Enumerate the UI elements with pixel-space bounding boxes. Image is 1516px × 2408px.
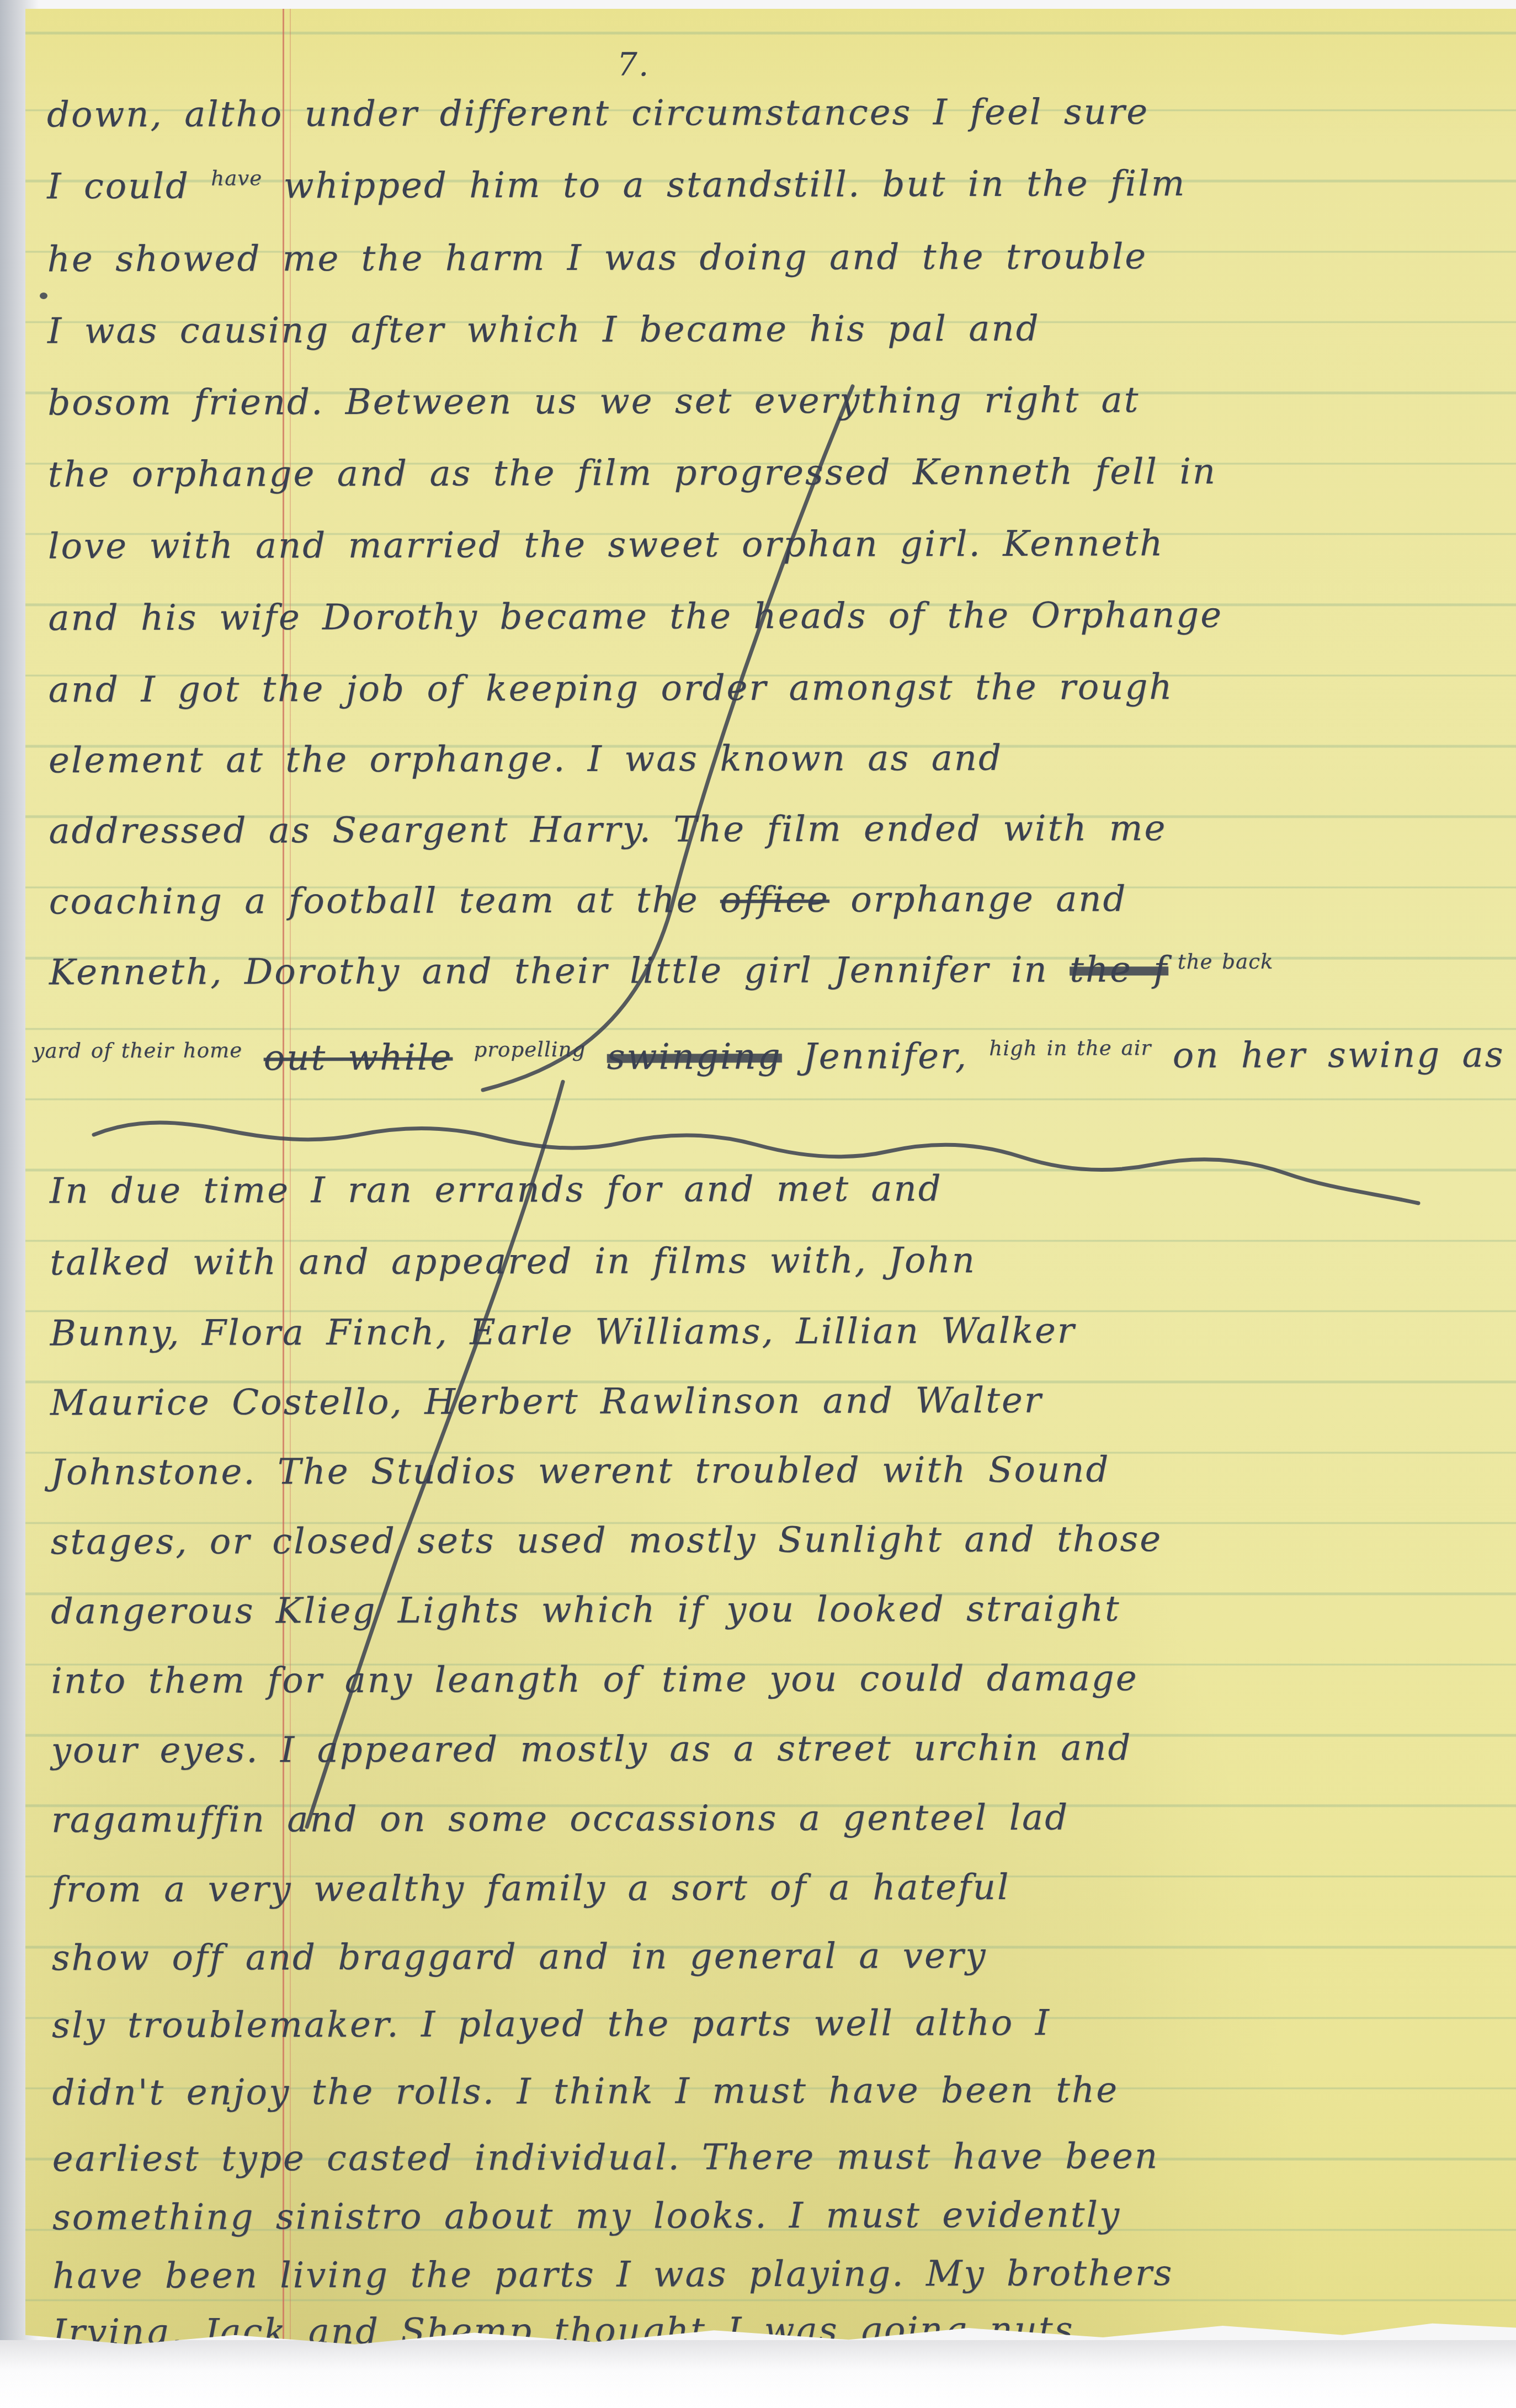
manuscript-line: yard of their home out while propelling … bbox=[33, 1035, 1516, 1078]
text-segment: down, altho under different circumstance… bbox=[47, 92, 1149, 135]
inserted-word: high in the air bbox=[989, 1036, 1151, 1060]
text-segment: dangerous Klieg Lights which if you look… bbox=[51, 1588, 1121, 1632]
manuscript-line: bosom friend. Between us we set everythi… bbox=[47, 381, 1140, 423]
manuscript-line: and I got the job of keeping order among… bbox=[49, 668, 1174, 710]
manuscript-line: element at the orphange. I was known as … bbox=[49, 739, 1003, 780]
text-segment: Johnstone. The Studios werent troubled w… bbox=[50, 1449, 1110, 1493]
manuscript-line: I was causing after which I became his p… bbox=[47, 310, 1040, 351]
manuscript-line: coaching a football team at the office o… bbox=[49, 880, 1127, 922]
inserted-word: yard of their home bbox=[33, 1039, 242, 1063]
text-segment: ragamuffin and on some occassions a gent… bbox=[51, 1798, 1069, 1841]
text-segment: Bunny, Flora Finch, Earle Williams, Lill… bbox=[50, 1311, 1076, 1354]
text-segment: Maurice Costello, Herbert Rawlinson and … bbox=[50, 1380, 1043, 1424]
text-segment: on her swing as we fade Out bbox=[1151, 1034, 1516, 1076]
text-segment: element at the orphange. I was known as … bbox=[49, 738, 1003, 782]
manuscript-line: Maurice Costello, Herbert Rawlinson and … bbox=[50, 1381, 1042, 1423]
manuscript-line: Bunny, Flora Finch, Earle Williams, Lill… bbox=[50, 1312, 1076, 1353]
manuscript-line: show off and braggard and in general a v… bbox=[52, 1937, 987, 1978]
manuscript-line: Johnstone. The Studios werent troubled w… bbox=[50, 1450, 1110, 1492]
paper-sheet: 7. down, altho under different circumsta… bbox=[25, 9, 1516, 2347]
manuscript-line: have been living the parts I was playing… bbox=[52, 2254, 1173, 2296]
text-segment: bosom friend. Between us we set everythi… bbox=[47, 380, 1140, 423]
crossed-out-word: the f bbox=[1070, 949, 1168, 990]
manuscript-line: he showed me the harm I was doing and th… bbox=[47, 237, 1148, 279]
manuscript-line: In due time I ran errands for and met an… bbox=[50, 1170, 943, 1211]
text-segment: show off and braggard and in general a v… bbox=[52, 1936, 987, 1979]
inserted-word: have bbox=[211, 166, 262, 190]
manuscript-line: into them for any leangth of time you co… bbox=[51, 1659, 1138, 1701]
manuscript-line: the orphange and as the film progressed … bbox=[48, 453, 1217, 495]
text-segment: the orphange and as the film progressed … bbox=[48, 451, 1217, 496]
manuscript-line: love with and married the sweet orphan g… bbox=[48, 524, 1164, 566]
inserted-word: the back bbox=[1168, 950, 1274, 974]
manuscript-line: I could have whipped him to a standstill… bbox=[47, 164, 1186, 206]
text-segment: stages, or closed sets used mostly Sunli… bbox=[51, 1519, 1163, 1562]
text-segment: and his wife Dorothy became the heads of… bbox=[48, 595, 1223, 639]
text-segment: I was causing after which I became his p… bbox=[47, 309, 1040, 352]
text-segment: didn't enjoy the rolls. I think I must h… bbox=[52, 2070, 1119, 2113]
text-segment: whipped him to a standstill. but in the … bbox=[262, 163, 1186, 206]
text-segment: love with and married the sweet orphan g… bbox=[48, 523, 1164, 567]
text-segment: something sinistro about my looks. I mus… bbox=[52, 2194, 1121, 2238]
text-segment: sly troublemaker. I played the parts wel… bbox=[52, 2003, 1051, 2046]
manuscript-line: and his wife Dorothy became the heads of… bbox=[48, 596, 1223, 638]
manuscript-line: sly troublemaker. I played the parts wel… bbox=[52, 2004, 1051, 2045]
manuscript-line: something sinistro about my looks. I mus… bbox=[52, 2196, 1121, 2237]
scanner-background bbox=[0, 2340, 1516, 2408]
text-segment: he showed me the harm I was doing and th… bbox=[47, 236, 1148, 280]
text-segment: I could bbox=[47, 166, 211, 208]
manuscript-line: ragamuffin and on some occassions a gent… bbox=[51, 1799, 1069, 1840]
text-segment: coaching a football team at the bbox=[49, 880, 720, 922]
text-segment: Jennifer, bbox=[782, 1036, 990, 1077]
manuscript-line: dangerous Klieg Lights which if you look… bbox=[51, 1590, 1121, 1631]
manuscript-line: addressed as Seargent Harry. The film en… bbox=[49, 809, 1167, 851]
inserted-word: propelling bbox=[474, 1038, 586, 1062]
manuscript-line: your eyes. I appeared mostly as a street… bbox=[51, 1729, 1132, 1771]
manuscript-line: from a very wealthy family a sort of a h… bbox=[51, 1868, 1010, 1910]
text-segment: from a very wealthy family a sort of a h… bbox=[51, 1867, 1010, 1911]
manuscript-line: down, altho under different circumstance… bbox=[47, 93, 1149, 135]
text-segment bbox=[453, 1037, 474, 1078]
text-segment: have been living the parts I was playing… bbox=[52, 2253, 1173, 2297]
text-segment bbox=[586, 1037, 607, 1078]
text-segment: into them for any leangth of time you co… bbox=[51, 1658, 1138, 1702]
crossed-out-word: swinging bbox=[607, 1036, 782, 1078]
manuscript-line: earliest type casted individual. There m… bbox=[52, 2137, 1159, 2179]
text-segment: earliest type casted individual. There m… bbox=[52, 2136, 1159, 2180]
crossed-out-word: out while bbox=[264, 1038, 453, 1079]
manuscript-line: Kenneth, Dorothy and their little girl J… bbox=[49, 950, 1274, 992]
manuscript-line: talked with and appeared in films with, … bbox=[50, 1241, 976, 1283]
text-segment: talked with and appeared in films with, … bbox=[50, 1240, 976, 1283]
manuscript-text: down, altho under different circumstance… bbox=[22, 7, 1516, 2348]
text-segment: addressed as Seargent Harry. The film en… bbox=[49, 808, 1167, 852]
manuscript-line: didn't enjoy the rolls. I think I must h… bbox=[52, 2071, 1119, 2112]
text-segment: Kenneth, Dorothy and their little girl J… bbox=[49, 950, 1070, 993]
text-segment bbox=[242, 1038, 264, 1078]
text-segment: In due time I ran errands for and met an… bbox=[50, 1168, 943, 1211]
text-segment: and I got the job of keeping order among… bbox=[49, 667, 1174, 710]
crossed-out-word: office bbox=[720, 880, 829, 921]
text-segment: orphange and bbox=[829, 879, 1127, 920]
manuscript-line: stages, or closed sets used mostly Sunli… bbox=[51, 1520, 1163, 1562]
text-segment: your eyes. I appeared mostly as a street… bbox=[51, 1727, 1132, 1771]
